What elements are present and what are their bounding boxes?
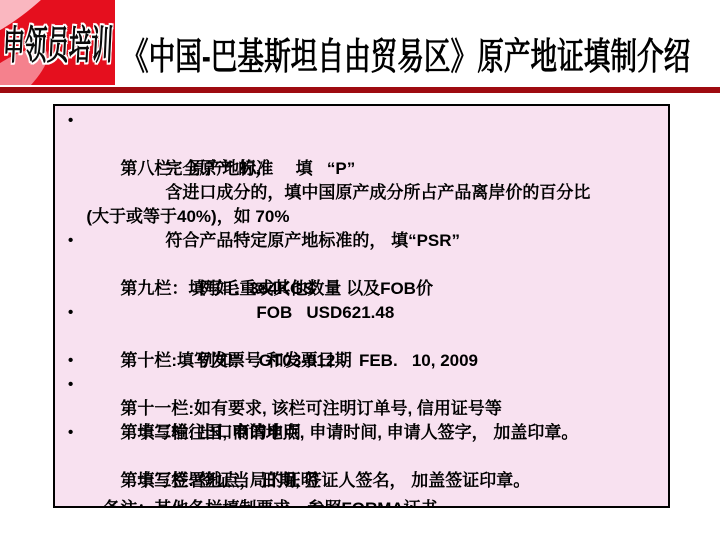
list-item: • 第八栏：原产地标准 — [55, 109, 668, 133]
presentation-slide: 申领员培训 《中国-巴基斯坦自由贸易区》原产地证填制介绍 • 第八栏：原产地标准… — [0, 0, 720, 540]
remark-text: 备注：其他各栏填制要求，参照FORMA证书。 — [103, 499, 454, 508]
bullet-icon: • — [68, 421, 73, 445]
list-subline: 符合产品特定原产地标准的， 填“PSR” — [55, 205, 668, 229]
content-box: • 第八栏：原产地标准 完全原产 的， 填 “P” 含进口成分的，填中国原产成分… — [53, 104, 670, 508]
list-item: • 第十二栏: 出口商的申明 — [55, 373, 668, 397]
bullet-icon: • — [68, 229, 73, 253]
remark-line: 备注：其他各栏填制要求，参照FORMA证书。 — [55, 473, 668, 497]
list-subline: 填写输往国, 申请地点, 申请时间, 申请人签字， 加盖印章。 — [55, 397, 668, 421]
list-item: • 第十栏:填写发票号 和发票日期 — [55, 301, 668, 325]
list-subline: 填写签署地点， 日期, 签证人签名， 加盖签证印章。 — [55, 445, 668, 469]
training-badge: 申领员培训 — [0, 0, 115, 85]
slide-title: 《中国-巴基斯坦自由贸易区》原产地证填制介绍 — [122, 26, 690, 80]
list-item: • 第十三栏: 签证当局的证明 — [55, 421, 668, 445]
bullet-icon: • — [68, 349, 73, 373]
bullet-icon: • — [68, 301, 73, 325]
list-item: • 第九栏：填写毛重或其他数量 以及FOB价 — [55, 229, 668, 253]
list-subline: 含进口成分的，填中国原产成分所占产品离岸价的百分比 — [55, 157, 668, 181]
header-divider — [0, 87, 720, 93]
badge-label: 申领员培训 — [1, 14, 114, 71]
list-subline: 例如：384KGS — [55, 253, 668, 277]
list-item: • 第十一栏:如有要求, 该栏可注明订单号, 信用证号等 — [55, 349, 668, 373]
bullet-icon: • — [68, 109, 73, 133]
list-subline: 例如： GT03-012 FEB. 10, 2009 — [55, 325, 668, 349]
list-subline: (大于或等于40%)，如 70% — [55, 181, 668, 205]
bullet-icon: • — [68, 373, 73, 397]
list-subline: 完全原产 的， 填 “P” — [55, 133, 668, 157]
list-subline: FOB USD621.48 — [55, 277, 668, 301]
